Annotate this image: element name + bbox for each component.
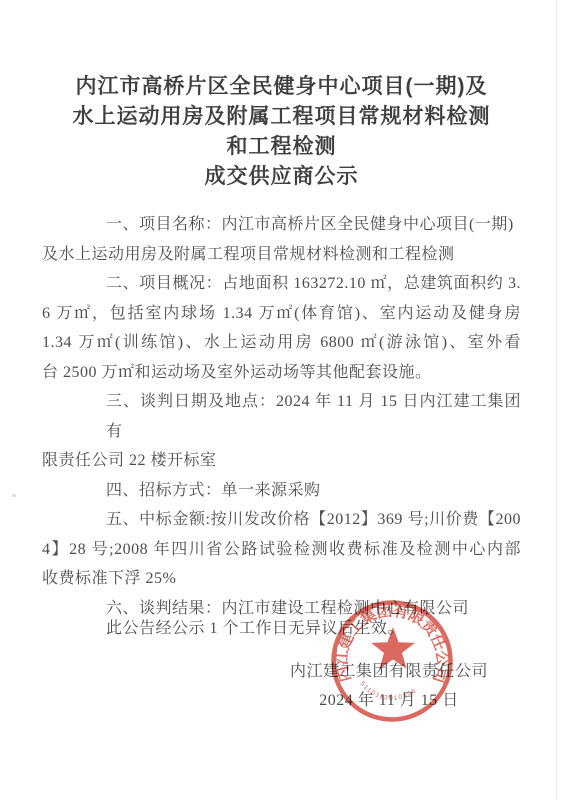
signature-company: 内江建工集团有限责任公司 bbox=[290, 657, 488, 686]
body-line: 五、中标金额:按川发改价格【2012】369 号;川价费【200 bbox=[42, 505, 521, 535]
body-line: 4】28 号;2008 年四川省公路试验检测收费标准及检测中心内部 bbox=[42, 535, 521, 565]
scan-artifact bbox=[12, 494, 16, 497]
body-line: 限责任公司 22 楼开标室 bbox=[42, 446, 521, 476]
body-line: 及水上运动用房及附属工程项目常规材料检测和工程检测 bbox=[42, 240, 521, 270]
closing-statement: 此公告经公示 1 个工作日无异议后生效。 bbox=[42, 614, 521, 644]
page-edge-line bbox=[556, 0, 557, 800]
title-line: 内江市高桥片区全民健身中心项目(一期)及 bbox=[42, 72, 521, 102]
body-line: 6 万㎡，包括室内球场 1.34 万㎡(体育馆)、室内运动及健身房 bbox=[42, 299, 521, 329]
document-page: 内江市高桥片区全民健身中心项目(一期)及 水上运动用房及附属工程项目常规材料检测… bbox=[0, 0, 563, 800]
body-line: 一、项目名称：内江市高桥片区全民健身中心项目(一期) bbox=[42, 210, 521, 240]
body-line: 二、项目概况：占地面积 163272.10 ㎡，总建筑面积约 3. bbox=[42, 269, 521, 299]
document-title: 内江市高桥片区全民健身中心项目(一期)及 水上运动用房及附属工程项目常规材料检测… bbox=[42, 72, 521, 192]
body-line: 三、谈判日期及地点：2024 年 11 月 15 日内江建工集团有 bbox=[42, 387, 521, 446]
document-body: 一、项目名称：内江市高桥片区全民健身中心项目(一期) 及水上运动用房及附属工程项… bbox=[42, 210, 521, 623]
title-line: 和工程检测 bbox=[42, 132, 521, 162]
signature-block: 内江建工集团有限责任公司 2024 年 11 月 15 日 bbox=[290, 657, 488, 715]
title-line: 水上运动用房及附属工程项目常规材料检测 bbox=[42, 102, 521, 132]
body-line: 1.34 万㎡(训练馆)、水上运动用房 6800 ㎡(游泳馆)、室外看 bbox=[42, 328, 521, 358]
body-line: 台 2500 万㎡和运动场及室外运动场等其他配套设施。 bbox=[42, 358, 521, 388]
body-line: 四、招标方式：单一来源采购 bbox=[42, 476, 521, 506]
signature-date: 2024 年 11 月 15 日 bbox=[290, 686, 488, 715]
title-line: 成交供应商公示 bbox=[42, 162, 521, 192]
body-line: 收费标准下浮 25% bbox=[42, 564, 521, 594]
